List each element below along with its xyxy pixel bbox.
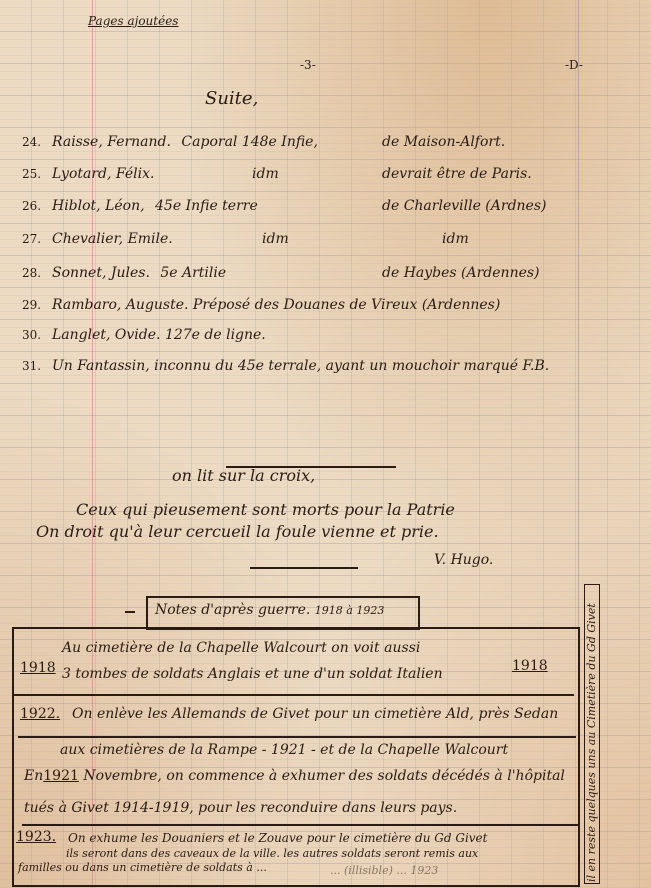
- note-1922: On enlève les Allemands de Givet pour un…: [72, 706, 558, 722]
- pages-added-annotation: Pages ajoutées: [88, 14, 178, 28]
- entry-name: Hiblot, Léon,: [52, 198, 145, 214]
- note-1921-line-2: tués à Givet 1914-1919, pour les recondu…: [24, 800, 457, 816]
- year-1918-left: 1918: [20, 660, 56, 676]
- list-item: 27.Chevalier, Emile.idmidm: [22, 231, 173, 247]
- notes-title-text: Notes d'après guerre.: [155, 602, 310, 618]
- entry-name: Sonnet, Jules.: [52, 265, 150, 281]
- list-item: 26.Hiblot, Léon, 45e Infie terrede Charl…: [22, 198, 258, 214]
- inscription-line-2: On droit qu'à leur cercueil la foule vie…: [36, 522, 439, 541]
- notes-title: Notes d'après guerre. 1918 à 1923: [155, 602, 384, 618]
- entry-number: 27.: [22, 232, 52, 246]
- entry-origin: idm: [442, 231, 469, 247]
- note-1918-line-2: 3 tombes de soldats Anglais et une d'un …: [62, 666, 443, 682]
- dash: [125, 611, 135, 613]
- entry-number: 29.: [22, 298, 52, 312]
- entry-number: 26.: [22, 199, 52, 213]
- entry-number: 30.: [22, 328, 52, 342]
- entry-origin: de Charleville (Ardnes): [382, 198, 546, 214]
- entry-unit: 127e de ligne.: [165, 327, 266, 343]
- notes-title-range: 1918 à 1923: [315, 604, 385, 617]
- note-1923-line-3: familles ou dans un cimetière de soldats…: [18, 861, 267, 874]
- year-1918-right: 1918: [512, 658, 548, 674]
- year-1923: 1923.: [16, 829, 56, 845]
- note-1921-text: Novembre, on commence à exhumer des sold…: [83, 768, 565, 784]
- entry-unit: idm: [252, 166, 279, 182]
- entry-name: Chevalier, Emile.: [52, 231, 173, 247]
- note-1921-prefix: En: [24, 768, 43, 784]
- divider: [18, 736, 576, 738]
- list-item: 29.Rambaro, Auguste. Préposé des Douanes…: [22, 297, 500, 313]
- entry-number: 28.: [22, 266, 52, 280]
- inscription-line-1: Ceux qui pieusement sont morts pour la P…: [76, 500, 455, 519]
- entry-number: 31.: [22, 359, 52, 373]
- entry-unit: Caporal 148e Infie,: [181, 134, 318, 150]
- divider: [22, 824, 578, 826]
- note-1921-line-0: aux cimetières de la Rampe - 1921 - et d…: [60, 742, 508, 758]
- list-item: 25.Lyotard, Félix.idmdevrait être de Par…: [22, 166, 154, 182]
- entry-unit: 5e Artilie: [160, 265, 226, 281]
- entry-unit: 45e Infie terre: [155, 198, 258, 214]
- entry-origin: devrait être de Paris.: [382, 166, 532, 182]
- divider: [14, 694, 574, 696]
- entry-name: Un Fantassin, inconnu du 45e terrale, ay…: [52, 358, 549, 374]
- entry-name: Lyotard, Félix.: [52, 166, 154, 182]
- page-number-right: -D-: [565, 58, 583, 72]
- note-1921-line-1: En1921 Novembre, on commence à exhumer d…: [24, 768, 565, 784]
- entry-number: 24.: [22, 135, 52, 149]
- entry-name: Langlet, Ovide.: [52, 327, 160, 343]
- page-title: Suite,: [205, 88, 258, 109]
- note-1923-line-1: On exhume les Douaniers et le Zouave pou…: [68, 831, 487, 845]
- note-1923-line-2: ils seront dans des caveaux de la ville.…: [66, 847, 478, 860]
- entry-name: Rambaro, Auguste.: [52, 297, 188, 313]
- year-1921: 1921: [43, 768, 79, 784]
- inscription-author: V. Hugo.: [434, 552, 493, 568]
- list-item: 31.Un Fantassin, inconnu du 45e terrale,…: [22, 358, 549, 374]
- side-note: il en reste quelques uns au Cimetière du…: [585, 586, 598, 882]
- entry-name: Raisse, Fernand.: [52, 134, 171, 150]
- year-1922: 1922.: [20, 706, 60, 722]
- list-item: 28.Sonnet, Jules. 5e Artiliede Haybes (A…: [22, 265, 226, 281]
- entry-unit: idm: [262, 231, 289, 247]
- inscription-intro: on lit sur la croix,: [172, 466, 315, 485]
- entry-number: 25.: [22, 167, 52, 181]
- entry-origin: de Haybes (Ardennes): [382, 265, 540, 281]
- divider: [250, 567, 358, 569]
- list-item: 30.Langlet, Ovide. 127e de ligne.: [22, 327, 266, 343]
- note-1918-line-1: Au cimetière de la Chapelle Walcourt on …: [62, 640, 420, 656]
- entry-origin: de Maison-Alfort.: [382, 134, 505, 150]
- list-item: 24.Raisse, Fernand. Caporal 148e Infie,d…: [22, 134, 318, 150]
- note-1923-faded: ... (illisible) ... 1923: [330, 864, 438, 877]
- page-number-left: -3-: [300, 58, 316, 72]
- entry-unit: Préposé des Douanes de Vireux (Ardennes): [193, 297, 500, 313]
